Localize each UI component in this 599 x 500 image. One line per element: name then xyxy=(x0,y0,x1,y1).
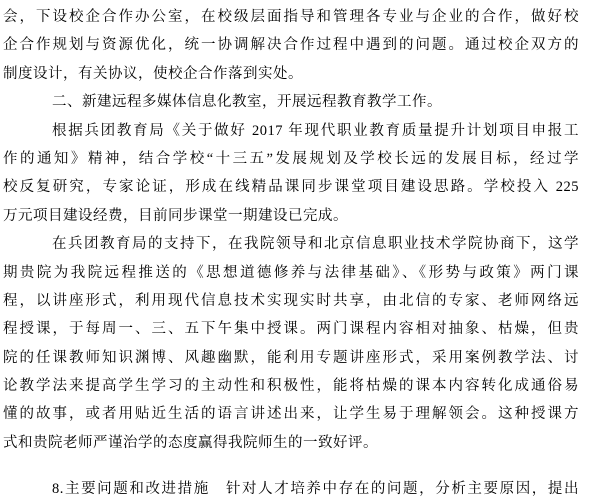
text-line: 懂的故事，或者用贴近生活的语言讲述出来，让学生易于理解领会。这种授课方 xyxy=(3,400,579,428)
text-line: 程授课，于每周一、三、五下午集中授课。两门课程内容相对抽象、枯燥，但贵 xyxy=(3,315,579,343)
text-line: 根据兵团教育局《关于做好 2017 年现代职业教育质量提升计划项目申报工 xyxy=(3,117,579,145)
text-line: 校反复研究，专家论证，形成在线精品课同步课堂项目建设思路。学校投入 225 xyxy=(3,173,579,201)
text-line: 在兵团教育局的支持下，在我院领导和北京信息职业技术学院协商下，这学 xyxy=(3,230,579,258)
document-page[interactable]: 会，下设校企合作办公室，在校级层面指导和管理各专业与企业的合作，做好校 企合作规… xyxy=(0,0,599,500)
text-line: 制度设计，有关协议，使校企合作落到实处。 xyxy=(3,60,579,88)
text-line: 作的通知》精神，结合学校“十三五”发展规划及学校长远的发展目标，经过学 xyxy=(3,145,579,173)
text-line: 期贵院为我院远程推送的《思想道德修养与法律基础》、《形势与政策》两门课 xyxy=(3,259,579,287)
text-line: 论教学法来提高学生学习的主动性和积极性，能将枯燥的课本内容转化成通俗易 xyxy=(3,372,579,400)
text-line: 程，以讲座形式，利用现代信息技术实现实时共享，由北信的专家、老师网络远 xyxy=(3,287,579,315)
text-line: 会，下设校企合作办公室，在校级层面指导和管理各专业与企业的合作，做好校 xyxy=(3,3,579,31)
text-line: 式和贵院老师严谨治学的态度赢得我院师生的一致好评。 xyxy=(3,429,579,457)
section-heading-line: 二、新建远程多媒体信息化教室，开展远程教育教学工作。 xyxy=(3,88,579,116)
text-line: 企合作规划与资源优化，统一协调解决合作过程中遇到的问题。通过校企双方的 xyxy=(3,31,579,59)
text-line: 8.主要问题和改进措施 针对人才培养中存在的问题，分析主要原因，提出 xyxy=(3,475,579,500)
text-line: 院的任课教师知识渊博、风趣幽默，能利用专题讲座形式，采用案例教学法、讨 xyxy=(3,344,579,372)
text-line: 万元项目建设经费，目前同步课堂一期建设已完成。 xyxy=(3,202,579,230)
